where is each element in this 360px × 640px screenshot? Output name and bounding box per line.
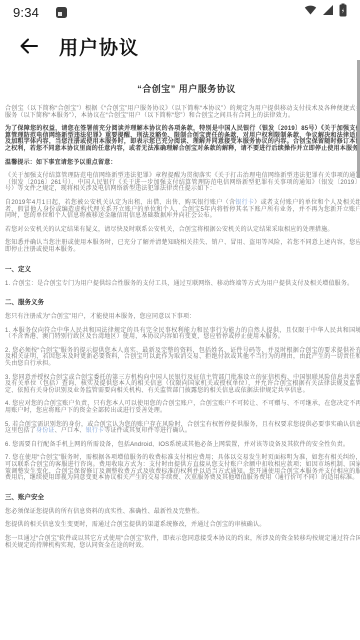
agreement-scroll-area[interactable]: “合创宝” 用户服务协议 合创宝（以下简称“合创宝”）根据《“合创宝”用户服务协… <box>0 68 360 640</box>
back-button[interactable] <box>18 35 40 57</box>
paragraph-regulation-3: 若您对公安机关的认定结果有疑义，请尽快及时联系公安机关，合创宝将根据公安机关的认… <box>5 227 360 234</box>
wifi-icon <box>304 3 317 21</box>
notification-icon <box>56 7 67 18</box>
section-2-item-5: 5. 若合创宝需识别您的身份，或合创宝认为您的账户存在风险时，合创宝有权暂停提供… <box>5 422 360 435</box>
section-2-item-6: 6. 您需要自行配备手机上网的所需设备，包括Android、IOS系统或其他必备… <box>5 442 360 449</box>
battery-icon <box>339 3 347 22</box>
paragraph-intro: 合创宝（以下简称“合创宝”）根据《“合创宝”用户服务协议》（以下简称“本协议”）… <box>5 106 360 119</box>
clock: 9:34 <box>13 5 39 20</box>
app-bar: 用户协议 <box>0 24 360 68</box>
paragraph-confirm: 您知悉并确认当您注册或使用本服务时，已充分了解并清楚知晓相关挂失、销户、冒用、盗… <box>5 240 360 253</box>
section-2-item-7: 7. 您在使用“合创宝”服务时，需根据各项增值服务的收费标准支付相应费用；具体以… <box>5 455 360 481</box>
section-2-item-4: 4. 您应对您的合创宝账户负责，只有您本人可以使用您的合创宝账户，合创宝账户不可… <box>5 401 360 414</box>
section-1-heading: 一、定义 <box>5 264 360 273</box>
section-1-item-1: 1. 合创宝：是合创宝专门为用户提供综合性服务的支付工具，通过互联网络、移动终端… <box>5 281 360 288</box>
paragraph-tip-label: 温馨提示：如下事宜请您予以重点留意： <box>5 160 360 167</box>
section-3-heading: 三、账户安全 <box>5 492 360 501</box>
status-bar: 9:34 <box>0 0 360 24</box>
bank-card-link[interactable]: 银行卡 <box>235 200 254 206</box>
paragraph-regulation-1: 《关于加强支付结算管理防范电信网络新型违法犯罪》章程提醒为贯彻落实《关于打击治理… <box>5 173 360 193</box>
cellular-signal-icon <box>322 3 334 21</box>
back-arrow-icon <box>19 36 39 56</box>
id-card-link[interactable]: 身份证 <box>36 428 55 434</box>
agreement-document: “合创宝” 用户服务协议 合创宝（以下简称“合创宝”）根据《“合创宝”用户服务协… <box>5 82 360 549</box>
section-2-item-1: 1. 本服务仅向符合中华人民共和国法律规定的具有完全民事权利能力和民事行为能力的… <box>5 328 360 341</box>
section-3-paragraph-2: 您提供的相关信息发生变更时，需通过合创宝提供的渠道系统修改，并通过合创宝的审核确… <box>5 522 360 529</box>
section-3-paragraph-3: 您一旦通过“合创宝”软件或以其它方式使用“合创宝”软件，即表示您同意接受本协议的… <box>5 536 360 549</box>
section-3-paragraph-1: 您必须保证您提供的所有信息资料的真实性、准确性、最新性及完整性。 <box>5 509 360 516</box>
section-2-heading: 二、服务义务 <box>5 297 360 306</box>
section-2-lead: 您只有注册成为“合创宝”用户，才能使用本服务，您应同意以下事项： <box>5 314 360 321</box>
section-2-item-2: 2. 您必须按“合创宝”服务的提示提供您本人真实、最新及完整的资料，包括姓名、证… <box>5 348 360 368</box>
paragraph-regulation-2: 自2019年4月1日起，若您被公安机关认定为出租、出借、出售、购买银行账户（含银… <box>5 200 360 220</box>
document-title: “合创宝” 用户服务协议 <box>5 82 360 95</box>
section-2-item-3: 3. 您同意并授权合创宝或合创宝委托的第三方机构向中国人民银行及征信主管部门批准… <box>5 375 360 395</box>
page-title: 用户协议 <box>59 33 139 60</box>
bank-card-link-2[interactable]: 银行卡 <box>86 428 105 434</box>
paragraph-notice: 为了保障您的权益，请您在签署前充分阅读并理解本协议的各项条款，特别是中国人民银行… <box>5 126 360 152</box>
